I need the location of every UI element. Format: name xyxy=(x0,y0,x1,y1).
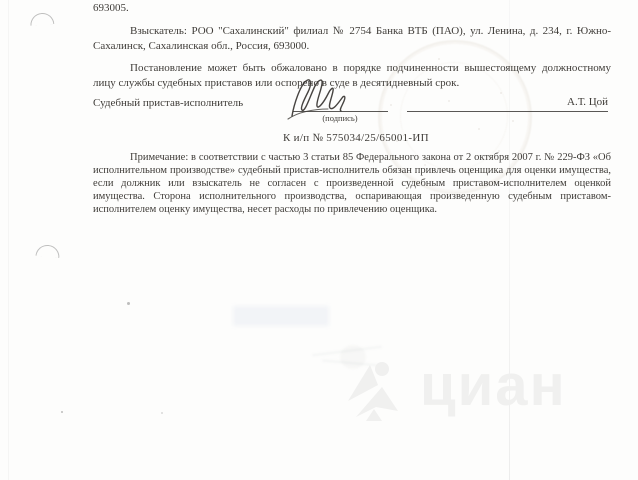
name-line xyxy=(407,111,608,112)
signature-caption: (подпись) xyxy=(298,113,382,123)
watermark-text: циан xyxy=(420,355,567,417)
scan-speck xyxy=(127,302,130,305)
scan-smudge xyxy=(233,306,329,326)
stamp-speck xyxy=(438,58,440,60)
cian-bird-icon xyxy=(336,357,410,423)
scan-edge-line xyxy=(8,0,9,480)
stamp-speck xyxy=(500,92,502,94)
punch-hole-mark-bottom xyxy=(35,244,60,258)
punch-hole-mark-top xyxy=(30,12,55,26)
claimant-paragraph: Взыскатель: РОО "Сахалинский" филиал № 2… xyxy=(93,24,611,54)
scan-speck xyxy=(161,412,163,414)
scan-speck xyxy=(61,411,63,413)
signature-line xyxy=(293,111,388,112)
stamp-speck xyxy=(448,100,450,102)
bailiff-name: А.Т. Цой xyxy=(500,95,608,110)
case-reference-number: К и/п № 575034/25/65001-ИП xyxy=(283,131,429,146)
stamp-speck xyxy=(512,120,514,122)
stamp-speck xyxy=(478,128,480,130)
stamp-speck xyxy=(390,104,392,106)
zip-code-fragment: 693005. xyxy=(93,1,129,16)
note-paragraph: Примечание: в соответствии с частью 3 ст… xyxy=(93,152,611,217)
scanned-document-page: циан 693005. Взыскатель: РОО "Сахалински… xyxy=(0,0,638,480)
bailiff-title-label: Судебный пристав-исполнитель xyxy=(93,96,243,111)
cian-watermark: циан xyxy=(336,355,567,423)
